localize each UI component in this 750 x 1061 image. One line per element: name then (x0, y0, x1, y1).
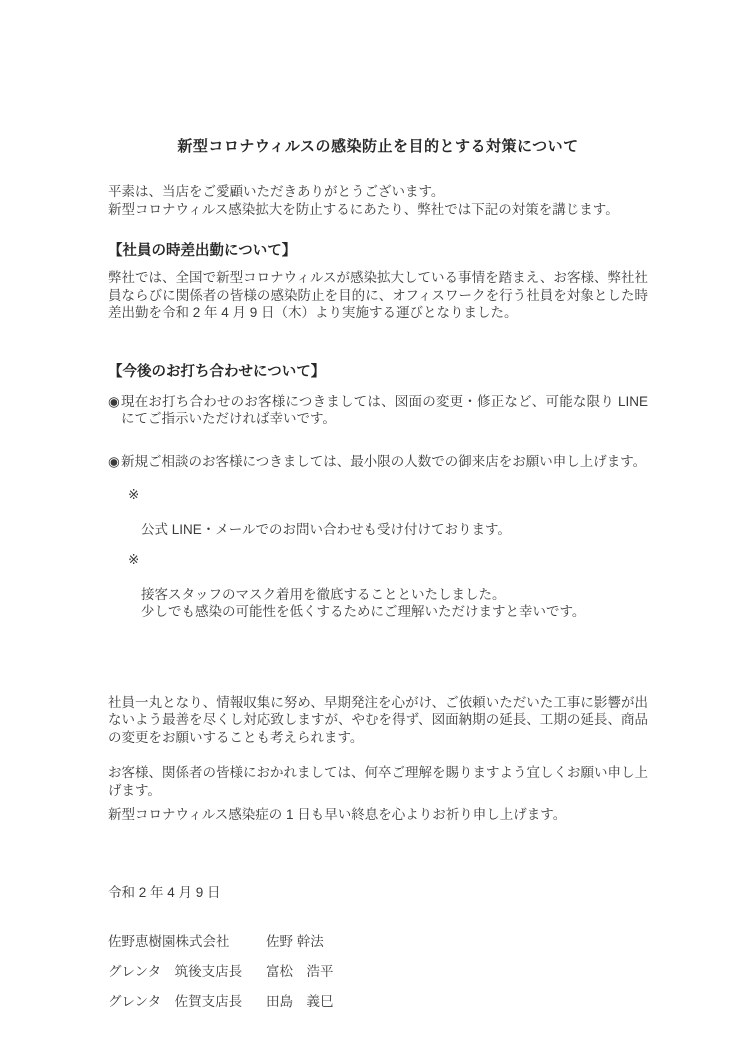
signature-name: 佐野 幹法 (266, 933, 648, 951)
intro-line-2: 新型コロナウィルス感染拡大を防止するにあたり、弊社では下記の対策を講じます。 (108, 201, 648, 219)
bullet-item-1-text: 現在お打ち合わせのお客様につきましては、図面の変更・修正など、可能な限り LIN… (121, 394, 648, 427)
intro-line-1: 平素は、当店をご愛顧いただきありがとうございます。 (108, 183, 648, 201)
signature-name: 富松 浩平 (266, 963, 648, 981)
document-title: 新型コロナウィルスの感染防止を目的とする対策について (108, 137, 648, 156)
signature-row: グレンタ 佐賀支店長 田島 義巳 (108, 993, 648, 1011)
date-line: 令和 2 年 4 月 9 日 (108, 884, 648, 902)
note-item-1: ※ 公式 LINE・メールでのお問い合わせも受け付けております。 (128, 486, 648, 539)
signature-row: グレンタ 筑後支店長 富松 浩平 (108, 963, 648, 981)
bullet-item-1: ◉ 現在お打ち合わせのお客様につきましては、図面の変更・修正など、可能な限り L… (108, 393, 648, 428)
reference-mark-icon: ※ (128, 486, 139, 504)
fisheye-bullet-icon: ◉ (108, 453, 120, 471)
closing-paragraph-2: お客様、関係者の皆様におかれましては、何卒ご理解を賜りますよう宜しくお願い申し上… (108, 764, 648, 799)
section1-heading: 【社員の時差出勤について】 (108, 242, 648, 260)
closing-paragraph-1: 社員一丸となり、情報収集に努め、早期発注を心がけ、ご依頼いただいた工事に影響が出… (108, 694, 648, 747)
reference-mark-icon: ※ (128, 551, 139, 569)
signature-org: グレンタ 筑後支店長 (108, 963, 266, 981)
section1-body: 弊社では、全国で新型コロナウィルスが感染拡大している事情を踏まえ、お客様、弊社社… (108, 269, 648, 322)
section2-heading: 【今後のお打ち合わせについて】 (108, 363, 648, 381)
bullet-item-2-text: 新規ご相談のお客様につきましては、最小限の人数での御来店をお願い申し上げます。 (121, 454, 646, 469)
signature-org: 佐野恵樹園株式会社 (108, 933, 266, 951)
signature-row: 佐野恵樹園株式会社 佐野 幹法 (108, 933, 648, 951)
fisheye-bullet-icon: ◉ (108, 393, 120, 411)
signature-name: 田島 義巳 (266, 993, 648, 1011)
note-item-2-text: 接客スタッフのマスク着用を徹底することといたしました。 少しでも感染の可能性を低… (141, 587, 585, 620)
bullet-item-2: ◉ 新規ご相談のお客様につきましては、最小限の人数での御来店をお願い申し上げます… (108, 453, 648, 471)
signature-org: グレンタ 佐賀支店長 (108, 993, 266, 1011)
note-item-1-text: 公式 LINE・メールでのお問い合わせも受け付けております。 (141, 522, 511, 537)
note-item-2: ※ 接客スタッフのマスク着用を徹底することといたしました。 少しでも感染の可能性… (128, 551, 648, 621)
document-page: 新型コロナウィルスの感染防止を目的とする対策について 平素は、当店をご愛顧いただ… (0, 0, 750, 1061)
closing-paragraph-3: 新型コロナウィルス感染症の 1 日も早い終息を心よりお祈り申し上げます。 (108, 806, 648, 824)
